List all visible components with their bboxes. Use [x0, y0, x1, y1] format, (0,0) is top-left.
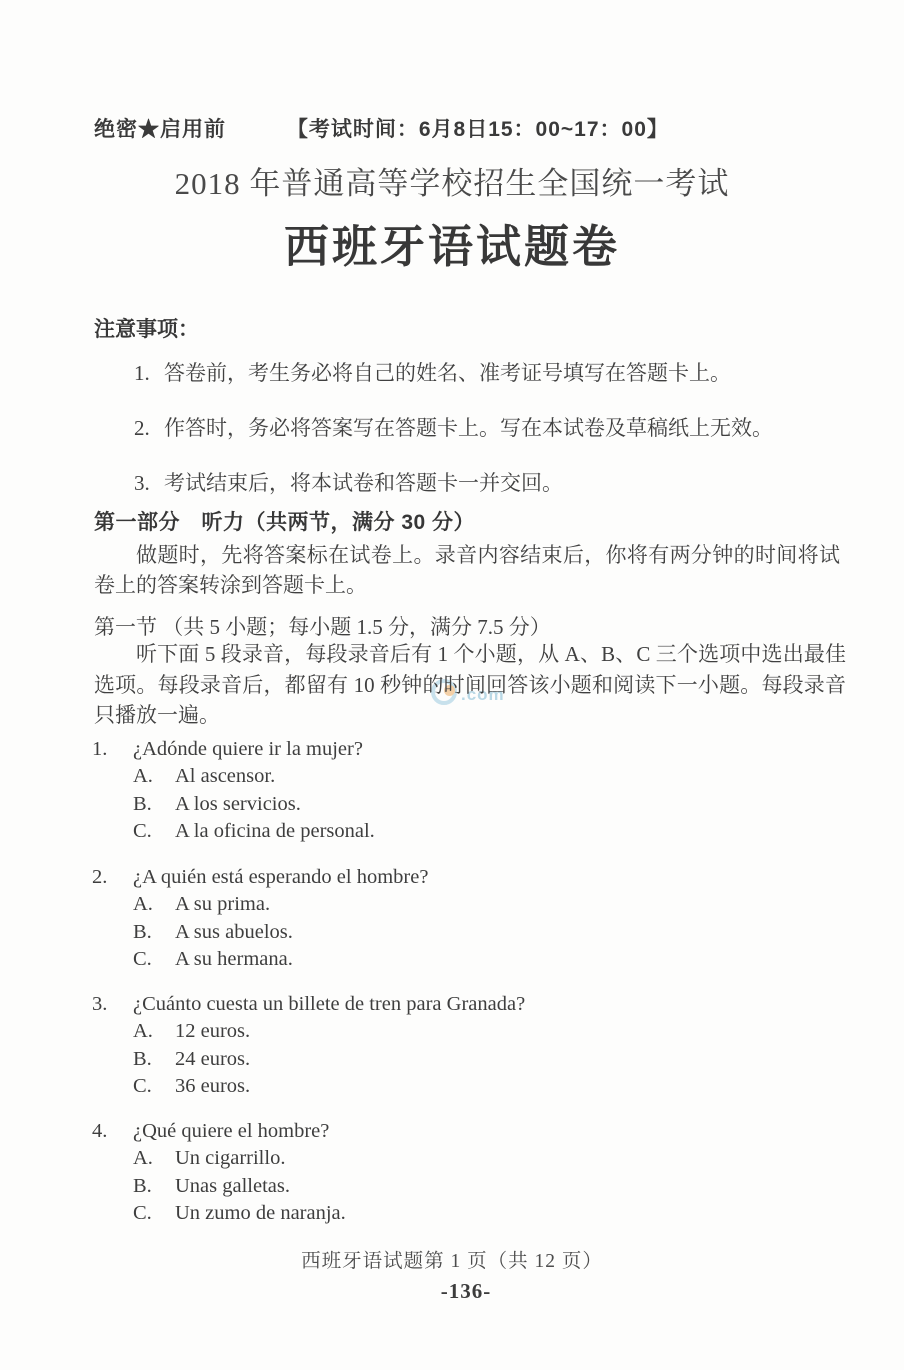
footer-page-number: -136- [0, 1279, 904, 1304]
option-label: B. [133, 1046, 175, 1073]
question-3: 3. ¿Cuánto cuesta un billete de tren par… [92, 991, 832, 1101]
option-text: Un cigarrillo. [175, 1145, 285, 1172]
option-text: A los servicios. [175, 791, 301, 818]
option-c: C. Un zumo de naranja. [133, 1200, 832, 1227]
option-label: A. [133, 891, 175, 918]
notice-item-number: 1. [134, 361, 164, 386]
option-text: 24 euros. [175, 1046, 250, 1073]
notice-item-text: 考试结束后，将本试卷和答题卡一并交回。 [164, 471, 563, 495]
question-number: 4. [92, 1118, 133, 1145]
option-label: A. [133, 1018, 175, 1045]
option-text: A su prima. [175, 891, 270, 918]
option-c: C. A su hermana. [133, 946, 832, 973]
option-a: A. 12 euros. [133, 1018, 832, 1045]
notice-item: 3.考试结束后，将本试卷和答题卡一并交回。 [134, 467, 563, 497]
question-1: 1. ¿Adónde quiere ir la mujer? A. Al asc… [92, 736, 832, 846]
exam-paper-page: 绝密★启用前 【考试时间：6月8日15：00~17：00】 2018 年普通高等… [0, 0, 904, 1370]
security-header: 绝密★启用前 【考试时间：6月8日15：00~17：00】 [94, 113, 669, 143]
options-list: A. Al ascensor. B. A los servicios. C. A… [133, 763, 832, 845]
part1-heading: 第一部分 听力（共两节，满分 30 分） [94, 506, 475, 536]
option-text: A su hermana. [175, 946, 293, 973]
option-text: A sus abuelos. [175, 919, 293, 946]
notice-item: 2.作答时，务必将答案写在答题卡上。写在本试卷及草稿纸上无效。 [134, 412, 773, 442]
option-label: C. [133, 1073, 175, 1100]
option-text: A la oficina de personal. [175, 818, 375, 845]
option-text: 12 euros. [175, 1018, 250, 1045]
option-label: B. [133, 1173, 175, 1200]
option-label: C. [133, 818, 175, 845]
option-label: C. [133, 946, 175, 973]
section1-instructions: 听下面 5 段录音，每段录音后有 1 个小题，从 A、B、C 三个选项中选出最佳… [94, 639, 846, 731]
notice-item-text: 作答时，务必将答案写在答题卡上。写在本试卷及草稿纸上无效。 [164, 416, 773, 440]
option-b: B. Unas galletas. [133, 1173, 832, 1200]
option-label: A. [133, 1145, 175, 1172]
notice-heading: 注意事项： [94, 313, 199, 343]
option-a: A. Un cigarrillo. [133, 1145, 832, 1172]
option-label: B. [133, 791, 175, 818]
option-c: C. 36 euros. [133, 1073, 832, 1100]
notice-item-number: 3. [134, 471, 164, 496]
question-number: 2. [92, 864, 133, 891]
question-text: ¿A quién está esperando el hombre? [133, 864, 428, 891]
footer-page-info: 西班牙语试题第 1 页（共 12 页） [0, 1245, 904, 1273]
option-text: Un zumo de naranja. [175, 1200, 346, 1227]
option-text: 36 euros. [175, 1073, 250, 1100]
option-b: B. A sus abuelos. [133, 919, 832, 946]
option-label: C. [133, 1200, 175, 1227]
exam-time-label: 【考试时间：6月8日15：00~17：00】 [287, 118, 669, 141]
option-a: A. A su prima. [133, 891, 832, 918]
option-c: C. A la oficina de personal. [133, 818, 832, 845]
question-text: ¿Cuánto cuesta un billete de tren para G… [133, 991, 525, 1018]
notice-item-text: 答卷前，考生务必将自己的姓名、准考证号填写在答题卡上。 [164, 361, 731, 385]
option-label: B. [133, 919, 175, 946]
options-list: A. A su prima. B. A sus abuelos. C. A su… [133, 891, 832, 973]
option-b: B. 24 euros. [133, 1046, 832, 1073]
question-4: 4. ¿Qué quiere el hombre? A. Un cigarril… [92, 1118, 832, 1228]
part1-instructions: 做题时，先将答案标在试卷上。录音内容结束后，你将有两分钟的时间将试卷上的答案转涂… [94, 540, 840, 600]
option-text: Unas galletas. [175, 1173, 290, 1200]
options-list: A. 12 euros. B. 24 euros. C. 36 euros. [133, 1018, 832, 1100]
section1-heading: 第一节 （共 5 小题；每小题 1.5 分，满分 7.5 分） [94, 611, 551, 641]
question-text: ¿Qué quiere el hombre? [133, 1118, 329, 1145]
classification-label: 绝密★启用前 [94, 118, 226, 141]
exam-title: 2018 年普通高等学校招生全国统一考试 [0, 158, 904, 203]
question-number: 3. [92, 991, 133, 1018]
notice-item: 1.答卷前，考生务必将自己的姓名、准考证号填写在答题卡上。 [134, 357, 731, 387]
option-label: A. [133, 763, 175, 790]
notice-item-number: 2. [134, 416, 164, 441]
options-list: A. Un cigarrillo. B. Unas galletas. C. U… [133, 1145, 832, 1227]
option-b: B. A los servicios. [133, 791, 832, 818]
exam-subtitle: 西班牙语试题卷 [0, 210, 904, 275]
question-2: 2. ¿A quién está esperando el hombre? A.… [92, 864, 832, 974]
question-number: 1. [92, 736, 133, 763]
option-a: A. Al ascensor. [133, 763, 832, 790]
option-text: Al ascensor. [175, 763, 275, 790]
question-text: ¿Adónde quiere ir la mujer? [133, 736, 363, 763]
